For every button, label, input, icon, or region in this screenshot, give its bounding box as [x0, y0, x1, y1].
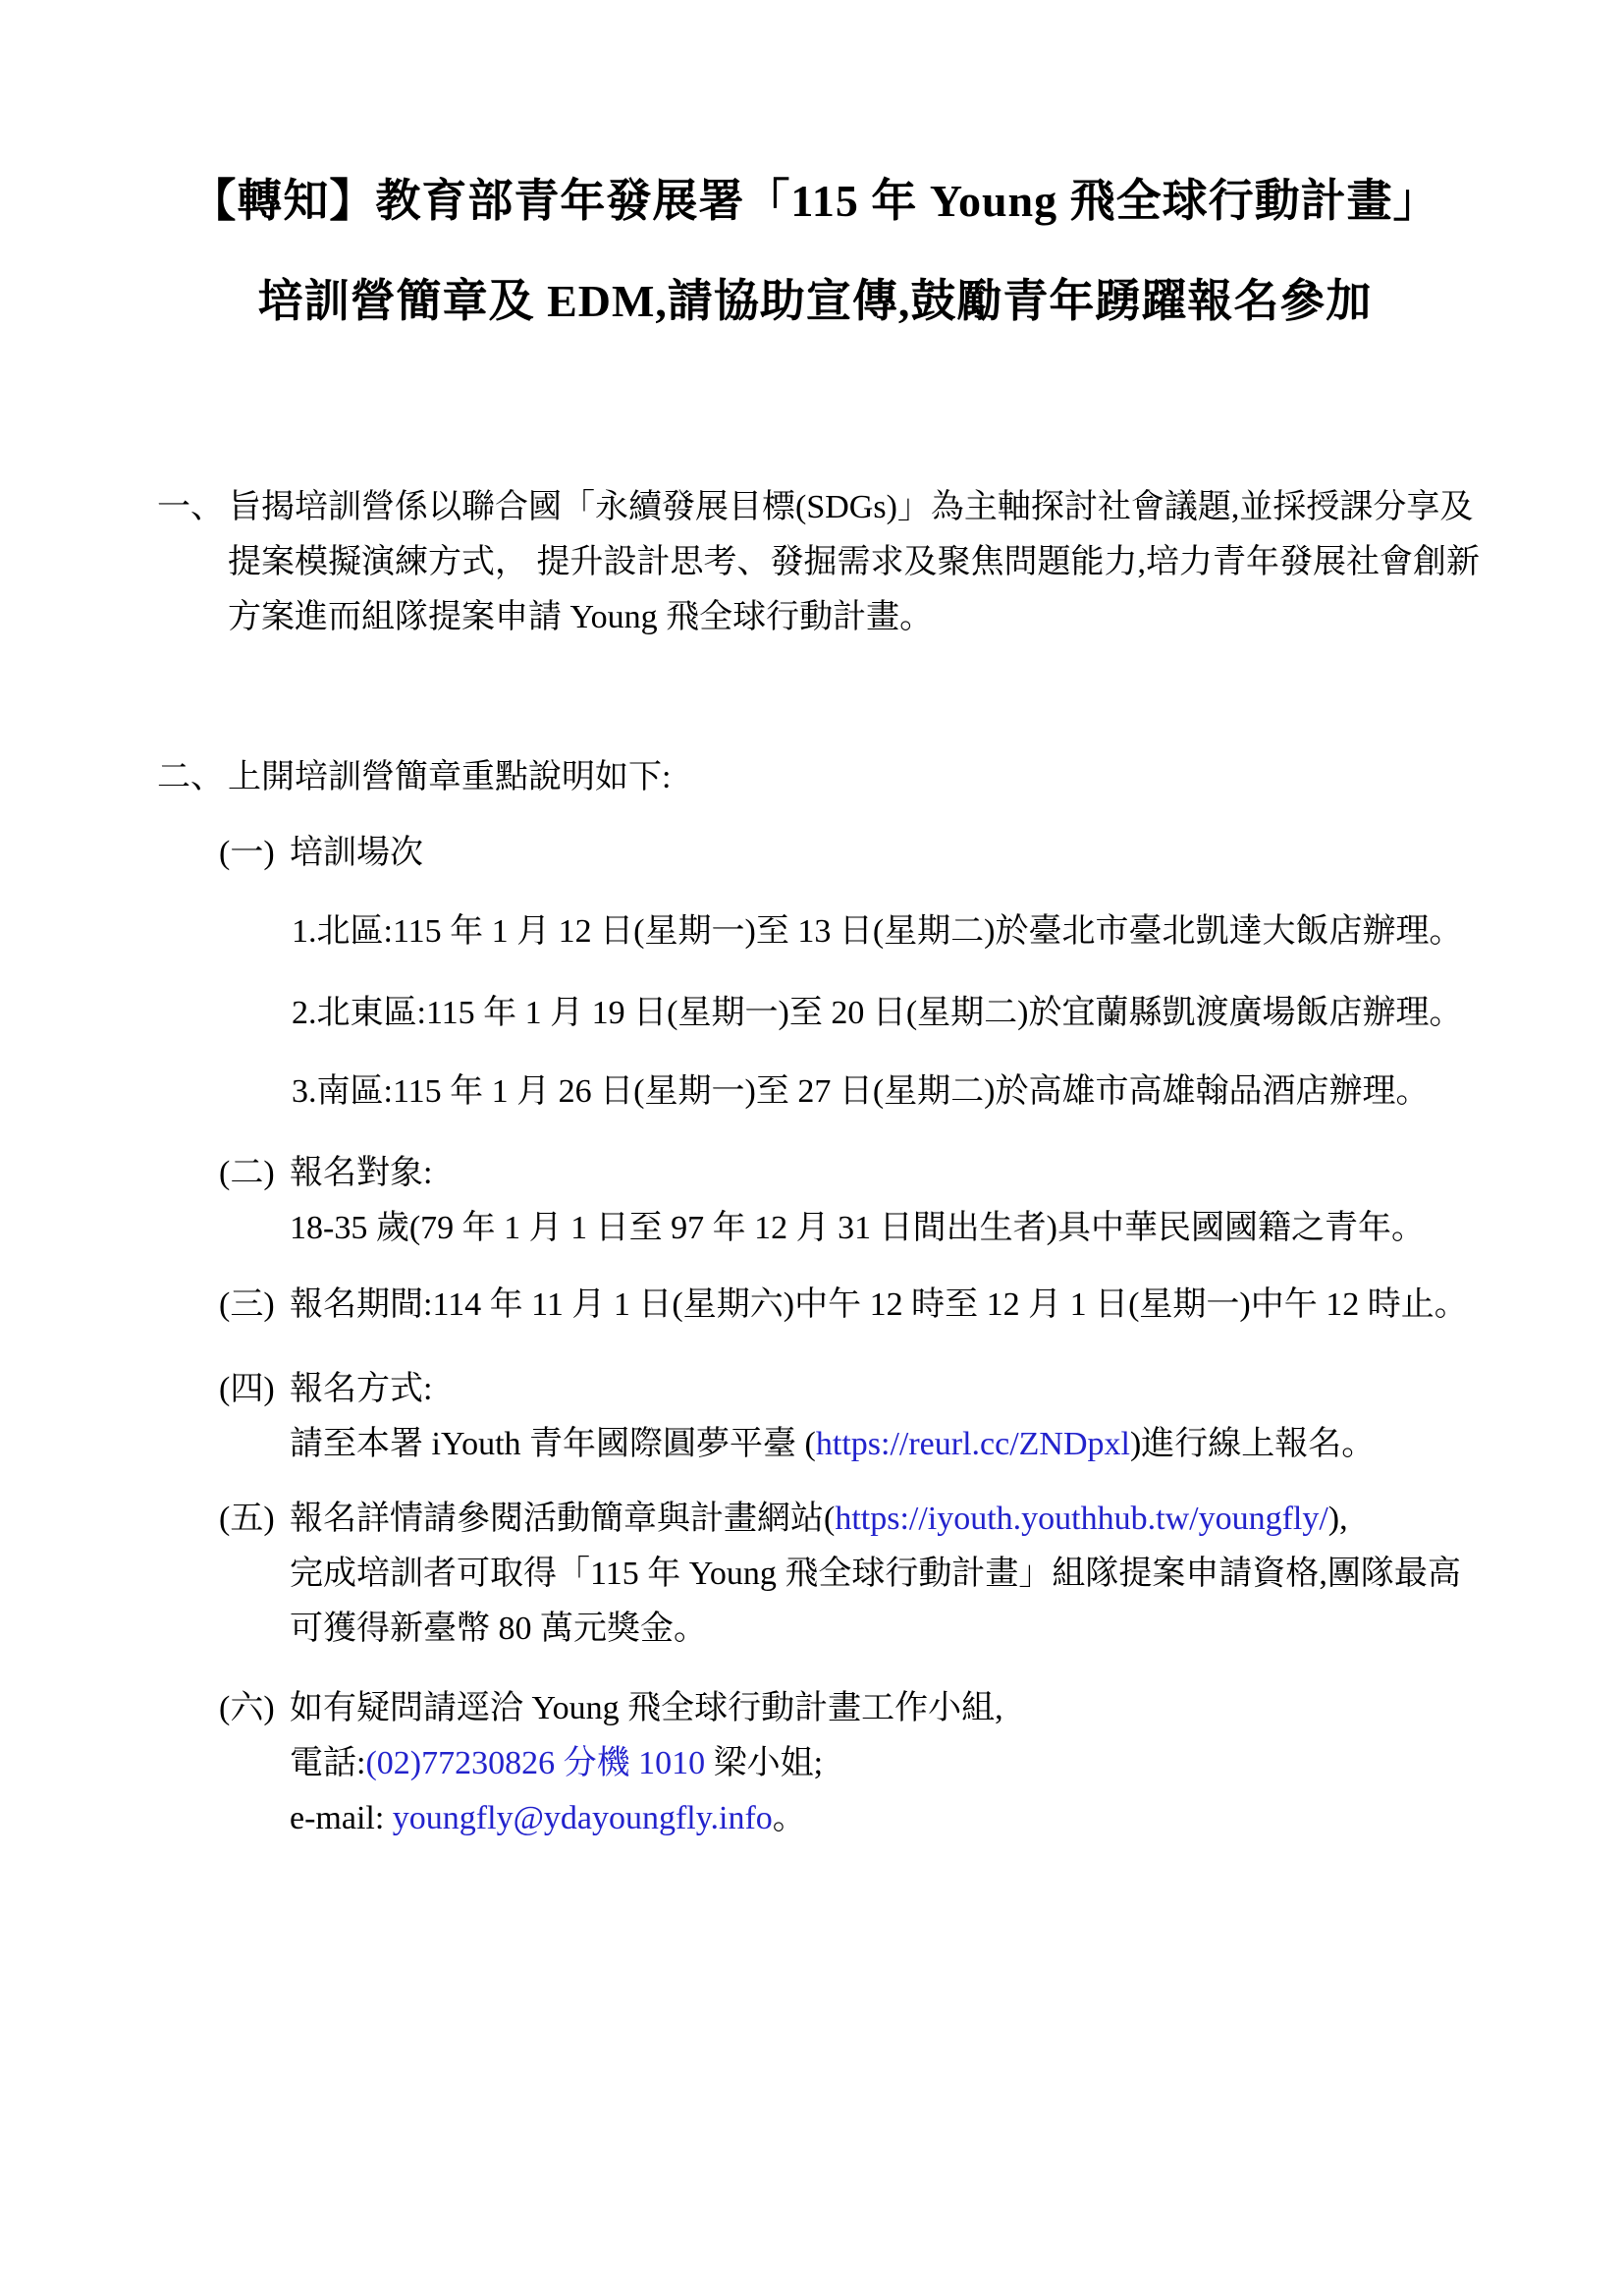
text-line: 18-35 歲(79 年 1 月 1 日至 97 年 12 月 31 日間出生者…	[290, 1201, 1473, 1256]
text-line: 上開培訓營簡章重點說明如下:	[228, 750, 1473, 805]
text-line: e-mail: youngfly@ydayoungfly.info。	[290, 1791, 1473, 1846]
text-segment: 梁小姐;	[705, 1745, 823, 1781]
text-segment: 3.南區:115 年 1 月 26 日(星期一)至 27 日(星期二)於高雄市高…	[292, 1073, 1429, 1110]
list-marker: (五)	[219, 1492, 275, 1547]
text-line: 如有疑問請逕洽 Young 飛全球行動計畫工作小組,	[290, 1681, 1473, 1736]
text-line: 1.北區:115 年 1 月 12 日(星期一)至 13 日(星期二)於臺北市臺…	[292, 904, 1473, 959]
text-segment: 電話:	[290, 1745, 365, 1781]
text-segment: 1.北區:115 年 1 月 12 日(星期一)至 13 日(星期二)於臺北市臺…	[292, 913, 1462, 950]
list-marker: 一、	[157, 480, 224, 535]
block-sec1: 一、旨揭培訓營係以聯合國「永續發展目標(SDGs)」為主軸探討社會議題,並採授課…	[157, 480, 1473, 645]
text-line: 完成培訓者可取得「115 年 Young 飛全球行動計畫」組隊提案申請資格,團隊…	[290, 1547, 1473, 1602]
text-segment: 報名方式:	[290, 1371, 432, 1407]
text-segment: )進行線上報名。	[1130, 1426, 1375, 1462]
block-i6: (六)如有疑問請逕洽 Young 飛全球行動計畫工作小組,電話:(02)7723…	[219, 1681, 1473, 1846]
text-segment: 方案進而組隊提案申請 Young 飛全球行動計畫。	[228, 599, 933, 635]
text-segment: 報名詳情請參閱活動簡章與計畫網站(	[290, 1501, 835, 1537]
text-line: 報名期間:114 年 11 月 1 日(星期六)中午 12 時至 12 月 1 …	[290, 1278, 1473, 1333]
text-segment: 18-35 歲(79 年 1 月 1 日至 97 年 12 月 31 日間出生者…	[290, 1210, 1425, 1246]
text-segment: 報名期間:114 年 11 月 1 日(星期六)中午 12 時至 12 月 1 …	[290, 1286, 1468, 1323]
block-i2: (二)報名對象:18-35 歲(79 年 1 月 1 日至 97 年 12 月 …	[219, 1146, 1473, 1256]
text-segment: 報名對象:	[290, 1155, 432, 1191]
block-v3: 3.南區:115 年 1 月 26 日(星期一)至 27 日(星期二)於高雄市高…	[292, 1065, 1473, 1120]
list-marker: (六)	[219, 1681, 275, 1736]
phone-link[interactable]: (02)77230826 分機 1010	[365, 1745, 705, 1781]
text-segment: 如有疑問請逕洽 Young 飛全球行動計畫工作小組,	[290, 1690, 1003, 1726]
document-body: 一、旨揭培訓營係以聯合國「永續發展目標(SDGs)」為主軸探討社會議題,並採授課…	[157, 480, 1473, 1846]
block-i3: (三)報名期間:114 年 11 月 1 日(星期六)中午 12 時至 12 月…	[219, 1278, 1473, 1333]
text-segment: e-mail:	[290, 1800, 393, 1836]
email-link[interactable]: youngfly@ydayoungfly.info	[393, 1800, 773, 1836]
text-line: 電話:(02)77230826 分機 1010 梁小姐;	[290, 1736, 1473, 1791]
text-line: 方案進而組隊提案申請 Young 飛全球行動計畫。	[228, 590, 1473, 645]
block-sec2: 二、上開培訓營簡章重點說明如下:	[157, 750, 1473, 805]
list-marker: (三)	[219, 1278, 275, 1333]
document-title-line-2: 培訓營簡章及 EDM,請協助宣傳,鼓勵青年踴躍報名參加	[157, 272, 1473, 331]
text-line: 報名詳情請參閱活動簡章與計畫網站(https://iyouth.youthhub…	[290, 1492, 1473, 1547]
list-marker: (二)	[219, 1146, 275, 1201]
text-line: 請至本署 iYouth 青年國際圓夢平臺 (https://reurl.cc/Z…	[290, 1417, 1473, 1472]
text-line: 培訓場次	[290, 826, 1473, 881]
block-i4: (四)報名方式:請至本署 iYouth 青年國際圓夢平臺 (https://re…	[219, 1362, 1473, 1472]
reurl-link[interactable]: https://reurl.cc/ZNDpxl	[816, 1426, 1130, 1462]
list-marker: 二、	[157, 750, 224, 805]
block-v2: 2.北東區:115 年 1 月 19 日(星期一)至 20 日(星期二)於宜蘭縣…	[292, 986, 1473, 1041]
text-line: 3.南區:115 年 1 月 26 日(星期一)至 27 日(星期二)於高雄市高…	[292, 1065, 1473, 1120]
text-line: 可獲得新臺幣 80 萬元獎金。	[290, 1602, 1473, 1657]
text-line: 提案模擬演練方式， 提升設計思考、發掘需求及聚焦問題能力,培力青年發展社會創新	[228, 535, 1473, 590]
text-line: 旨揭培訓營係以聯合國「永續發展目標(SDGs)」為主軸探討社會議題,並採授課分享…	[228, 480, 1473, 535]
text-segment: 提案模擬演練方式， 提升設計思考、發掘需求及聚焦問題能力,培力青年發展社會創新	[228, 544, 1480, 580]
document-page: 【轉知】教育部青年發展署「115 年 Young 飛全球行動計畫」 培訓營簡章及…	[0, 0, 1624, 2296]
text-segment: 請至本署 iYouth 青年國際圓夢平臺 (	[290, 1426, 816, 1462]
text-segment: 2.北東區:115 年 1 月 19 日(星期一)至 20 日(星期二)於宜蘭縣…	[292, 995, 1462, 1031]
text-segment: 培訓場次	[290, 835, 423, 871]
text-segment: 上開培訓營簡章重點說明如下:	[228, 759, 671, 795]
list-marker: (一)	[219, 826, 275, 881]
document-title-line-1: 【轉知】教育部青年發展署「115 年 Young 飛全球行動計畫」	[157, 172, 1473, 231]
text-segment: 可獲得新臺幣 80 萬元獎金。	[290, 1611, 707, 1647]
text-segment: 。	[773, 1800, 806, 1836]
text-line: 報名方式:	[290, 1362, 1473, 1417]
document-content: 【轉知】教育部青年發展署「115 年 Young 飛全球行動計畫」 培訓營簡章及…	[157, 0, 1473, 1846]
text-segment: ),	[1328, 1501, 1348, 1537]
list-marker: (四)	[219, 1362, 275, 1417]
youngfly-site-link[interactable]: https://iyouth.youthhub.tw/youngfly/	[835, 1501, 1327, 1537]
block-i5: (五)報名詳情請參閱活動簡章與計畫網站(https://iyouth.youth…	[219, 1492, 1473, 1657]
text-line: 報名對象:	[290, 1146, 1473, 1201]
block-i1: (一)培訓場次	[219, 826, 1473, 881]
block-v1: 1.北區:115 年 1 月 12 日(星期一)至 13 日(星期二)於臺北市臺…	[292, 904, 1473, 959]
text-segment: 旨揭培訓營係以聯合國「永續發展目標(SDGs)」為主軸探討社會議題,並採授課分享…	[228, 489, 1473, 525]
text-segment: 完成培訓者可取得「115 年 Young 飛全球行動計畫」組隊提案申請資格,團隊…	[290, 1556, 1461, 1592]
text-line: 2.北東區:115 年 1 月 19 日(星期一)至 20 日(星期二)於宜蘭縣…	[292, 986, 1473, 1041]
